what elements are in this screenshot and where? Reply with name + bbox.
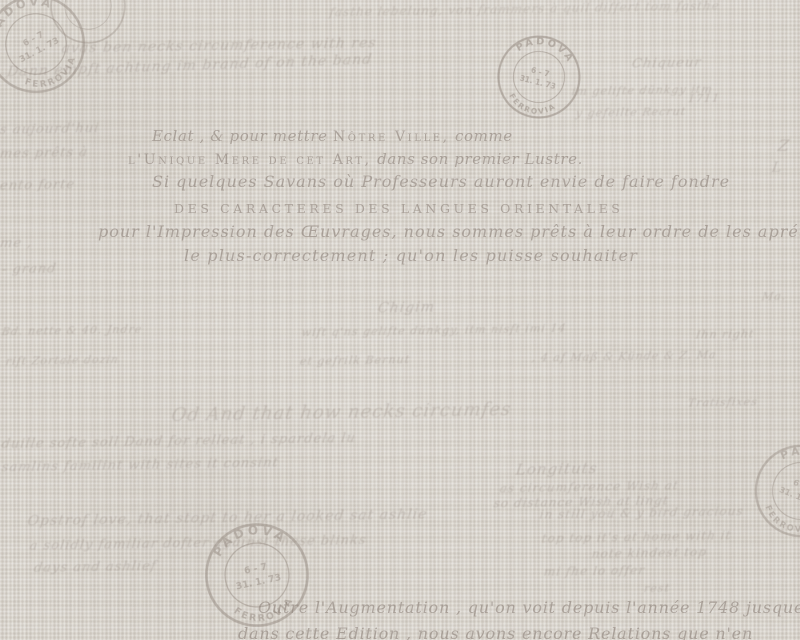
handwriting-fragment: rest bbox=[643, 582, 671, 595]
printed-text-caps: Nôtre Ville, bbox=[333, 129, 450, 145]
handwriting-fragment: et gefrilk Bernut bbox=[299, 353, 411, 368]
handwriting-fragment: Longituts bbox=[515, 459, 599, 478]
handwriting-fragment: me , bbox=[0, 236, 33, 252]
printed-line: pour l'Impression des Œuvrages, nous som… bbox=[98, 222, 800, 241]
handwriting-fragment: - grand bbox=[1, 262, 58, 278]
printed-text: Eclat , & pour mettre bbox=[152, 127, 333, 145]
printed-line: Eclat , & pour mettre Nôtre Ville, comme bbox=[152, 127, 513, 145]
handwriting-fragment: mes prêts à bbox=[0, 145, 89, 162]
handwriting-fragment: s aujourd'hui bbox=[0, 121, 100, 138]
handwriting-fragment: Ihn right bbox=[695, 327, 755, 341]
handwriting-fragment: note kindest top bbox=[591, 545, 708, 561]
handwriting-fragment: Chigim bbox=[377, 300, 436, 317]
handwriting-fragment: Ma. bbox=[761, 290, 787, 303]
printed-line: Si quelques Savans où Professeurs auront… bbox=[152, 172, 730, 191]
printed-line: DES CARACTERES DES LANGUES ORIENTALES bbox=[174, 201, 623, 216]
printed-line: le plus-correctement ; qu'on les puisse … bbox=[184, 246, 638, 265]
handwriting-fragment: ento forte bbox=[0, 177, 76, 193]
handwriting-fragment: 1711 bbox=[687, 92, 721, 106]
handwriting-fragment: mi fhe lo offer bbox=[543, 563, 646, 579]
handwriting-fragment: days and ashlief bbox=[33, 559, 158, 576]
handwriting-fragment: y gefeilte Recrut bbox=[575, 105, 687, 120]
handwriting-fragment: rift Zortale dozin bbox=[5, 353, 120, 368]
printed-line: Outre l'Augmentation , qu'on voit depuis… bbox=[258, 598, 800, 617]
handwriting-fragment: Tratisfixes bbox=[687, 395, 759, 409]
printed-text: comme bbox=[450, 127, 513, 145]
printed-line: dans cette Edition , nous avons encore R… bbox=[238, 624, 753, 640]
handwriting-fragment: Chiqueur bbox=[631, 55, 703, 71]
printed-text: dans son premier Lustre. bbox=[372, 150, 583, 168]
handwriting-fragment: Bd. nette & 40. Jndre bbox=[1, 323, 143, 338]
printed-line: l'Unique Mere de cet Art, dans son premi… bbox=[128, 150, 583, 168]
printed-text-caps: l'Unique Mere de cet Art, bbox=[128, 152, 372, 168]
wallpaper-canvas: fasthe lebelung, von frammers à quil dif… bbox=[0, 0, 800, 640]
